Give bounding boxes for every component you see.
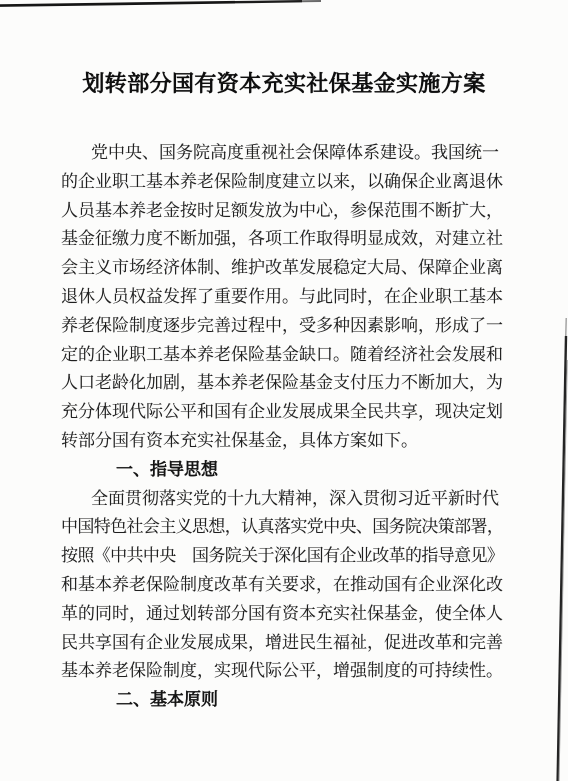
paragraph2-line: 基本养老保险制度，实现代际公平，增强制度的可持续性。 — [61, 657, 529, 686]
paragraph1-line: 人员基本养老金按时足额发放为中心，参保范围不断扩大， — [61, 197, 529, 226]
paragraph2-line: 按照《中共中央 国务院关于深化国有企业改革的指导意见》 — [61, 542, 529, 571]
paragraph1-line: 党中央、国务院高度重视社会保障体系建设。我国统一 — [61, 139, 529, 168]
paragraph1-line: 会主义市场经济体制、维护改革发展稳定大局、保障企业离 — [61, 254, 529, 283]
scan-edge-right-line — [552, 0, 568, 781]
paragraph2-line: 革的同时，通过划转部分国有资本充实社保基金，使全体人 — [61, 600, 529, 629]
section-heading-2: 二、基本原则 — [61, 686, 529, 715]
paragraph1-line: 养老保险制度逐步完善过程中，受多种因素影响，形成了一 — [61, 312, 529, 341]
document-body: 党中央、国务院高度重视社会保障体系建设。我国统一 的企业职工基本养老保险制度建立… — [61, 139, 529, 715]
scan-edge-top-line — [0, 0, 568, 14]
paragraph1-line: 定的企业职工基本养老保险基金缺口。随着经济社会发展和 — [61, 341, 529, 370]
paragraph1-line: 退休人员权益发挥了重要作用。与此同时，在企业职工基本 — [61, 283, 529, 312]
document-title: 划转部分国有资本充实社保基金实施方案 — [0, 67, 568, 98]
section-heading-1: 一、指导思想 — [61, 456, 529, 485]
paragraph2-line: 全面贯彻落实党的十九大精神，深入贯彻习近平新时代 — [61, 485, 529, 514]
paragraph1-line: 基金征缴力度不断加强，各项工作取得明显成效，对建立社 — [61, 225, 529, 254]
scanned-document-page: 划转部分国有资本充实社保基金实施方案 党中央、国务院高度重视社会保障体系建设。我… — [0, 0, 568, 781]
paragraph2-line: 和基本养老保险制度改革有关要求，在推动国有企业深化改 — [61, 571, 529, 600]
paragraph2-line: 民共享国有企业发展成果，增进民生福祉，促进改革和完善 — [61, 629, 529, 658]
paragraph1-line: 人口老龄化加剧，基本养老保险基金支付压力不断加大，为 — [61, 369, 529, 398]
paragraph1-line: 转部分国有资本充实社保基金，具体方案如下。 — [61, 427, 529, 456]
paragraph2-line: 中国特色社会主义思想，认真落实党中央、国务院决策部署， — [61, 513, 529, 542]
paragraph1-line: 充分体现代际公平和国有企业发展成果全民共享，现决定划 — [61, 398, 529, 427]
paragraph1-line: 的企业职工基本养老保险制度建立以来，以确保企业离退休 — [61, 168, 529, 197]
